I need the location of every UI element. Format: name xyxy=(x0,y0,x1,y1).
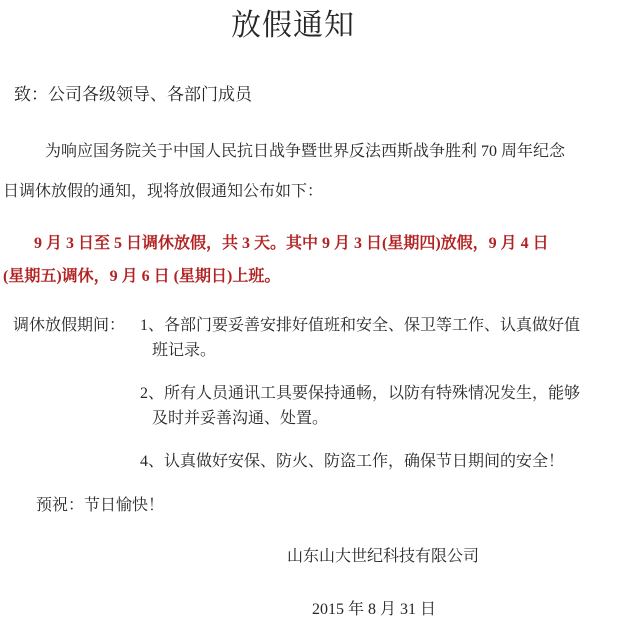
notice-date: 2015 年 8 月 31 日 xyxy=(312,599,642,621)
duty-item-1: 1、各部门要妥善安排好值班和安全、保卫等工作、认真做好值 班记录。 xyxy=(140,315,580,362)
company-signature: 山东山大世纪科技有限公司 xyxy=(287,546,642,568)
document-title: 放假通知 xyxy=(0,8,586,44)
intro-paragraph: 为响应国务院关于中国人民抗日战争暨世界反法西斯战争胜利 70 周年纪念 日调休放… xyxy=(3,141,578,203)
wish-line: 预祝：节日愉快！ xyxy=(36,495,642,517)
duty-item-2: 2、所有人员通讯工具要保持通畅，以防有特殊情况发生，能够 及时并妥善沟通、处置。 xyxy=(140,383,580,430)
duty-item-1-line-2: 班记录。 xyxy=(140,340,580,362)
duty-item-4-line-1: 4、认真做好安保、防火、防盗工作，确保节日期间的安全！ xyxy=(140,451,580,473)
duty-item-2-line-1: 2、所有人员通讯工具要保持通畅，以防有特殊情况发生，能够 xyxy=(140,383,580,405)
highlight-line-1: 9 月 3 日至 5 日调休放假，共 3 天。其中 9 月 3 日(星期四)放假… xyxy=(3,233,584,255)
duty-item-1-line-1: 1、各部门要妥善安排好值班和安全、保卫等工作、认真做好值 xyxy=(140,315,580,337)
duty-item-list: 1、各部门要妥善安排好值班和安全、保卫等工作、认真做好值 班记录。 2、所有人员… xyxy=(140,315,580,473)
duty-section-label: 调休放假期间： xyxy=(13,315,140,473)
duty-section: 调休放假期间： 1、各部门要妥善安排好值班和安全、保卫等工作、认真做好值 班记录… xyxy=(13,315,578,473)
holiday-dates-highlight: 9 月 3 日至 5 日调休放假，共 3 天。其中 9 月 3 日(星期四)放假… xyxy=(3,233,584,288)
intro-line-2: 日调休放假的通知，现将放假通知公布如下： xyxy=(3,181,578,203)
intro-line-1: 为响应国务院关于中国人民抗日战争暨世界反法西斯战争胜利 70 周年纪念 xyxy=(3,141,578,163)
duty-item-4: 4、认真做好安保、防火、防盗工作，确保节日期间的安全！ xyxy=(140,451,580,473)
duty-item-2-line-2: 及时并妥善沟通、处置。 xyxy=(140,408,580,430)
holiday-notice-document: 放假通知 致：公司各级领导、各部门成员 为响应国务院关于中国人民抗日战争暨世界反… xyxy=(0,0,642,630)
salutation-line: 致：公司各级领导、各部门成员 xyxy=(14,85,642,105)
highlight-line-2: (星期五)调休，9 月 6 日 (星期日)上班。 xyxy=(3,266,584,288)
